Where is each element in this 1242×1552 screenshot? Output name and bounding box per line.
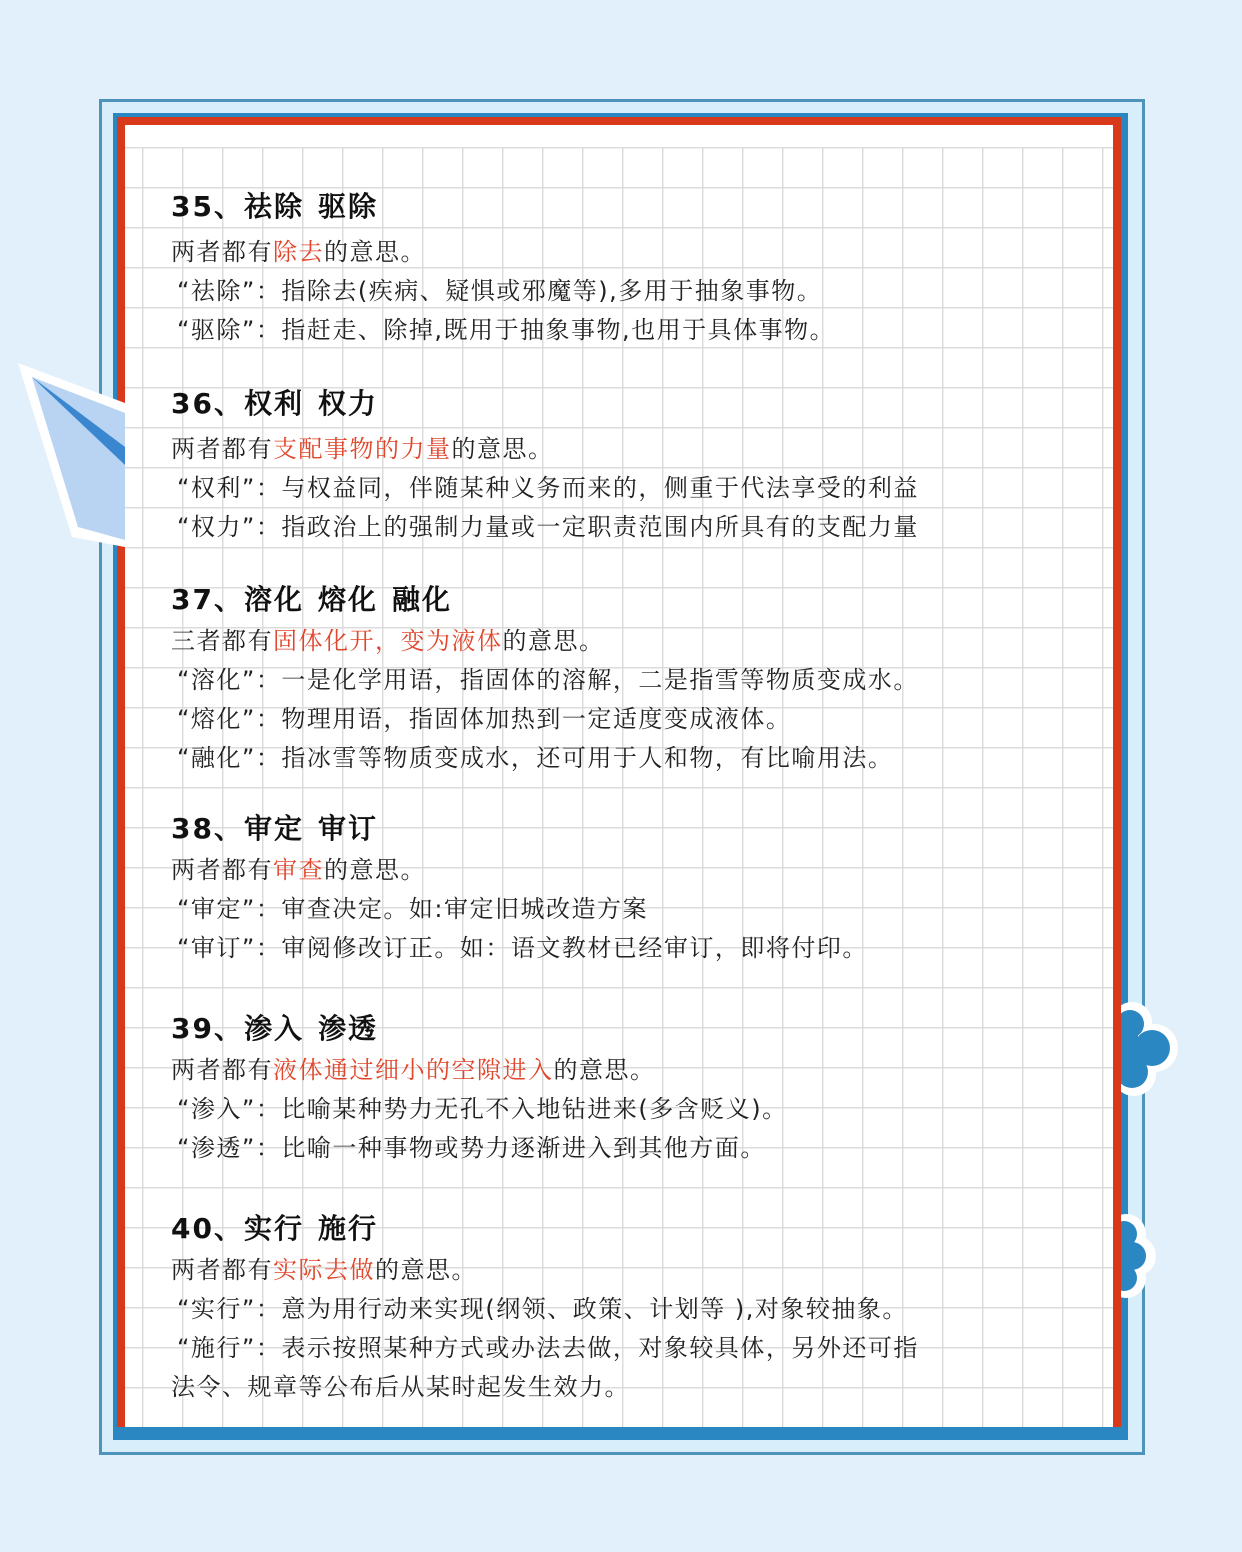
definition: “实行”：意为用行动来实现(纲领、政策、计划等 ),对象较抽象。 bbox=[171, 1290, 1091, 1329]
definition-text: 比喻一种事物或势力逐渐进入到其他方面。 bbox=[281, 1134, 766, 1162]
entry-number: 36、 bbox=[171, 387, 244, 420]
entry-40: 40、实行施行 两者都有实际去做的意思。 “实行”：意为用行动来实现(纲领、政策… bbox=[171, 1207, 1091, 1407]
definition: “渗入”：比喻某种势力无孔不入地钻进来(多含贬义)。 bbox=[171, 1090, 1091, 1129]
term: 权利 bbox=[244, 387, 304, 420]
entry-38: 38、审定审订 两者都有审查的意思。 “审定”：审查决定。如:审定旧城改造方案 … bbox=[171, 807, 1091, 968]
definition-term: “渗入”： bbox=[177, 1095, 281, 1123]
definition-term: “权力”： bbox=[177, 513, 281, 541]
entry-summary: 两者都有支配事物的力量的意思。 bbox=[171, 430, 1091, 469]
definition: “权利”：与权益同，伴随某种义务而来的，侧重于代法享受的利益 bbox=[171, 469, 1091, 508]
entry-summary: 两者都有审查的意思。 bbox=[171, 851, 1091, 890]
definition-term: “权利”： bbox=[177, 474, 281, 502]
definition-text: 表示按照某种方式或办法去做，对象较具体，另外还可指 bbox=[281, 1334, 919, 1362]
entry-number: 40、 bbox=[171, 1212, 244, 1245]
definition-text: 与权益同，伴随某种义务而来的，侧重于代法享受的利益 bbox=[281, 474, 919, 502]
cloud-icon bbox=[1118, 1000, 1180, 1100]
term: 驱除 bbox=[318, 190, 378, 223]
term: 权力 bbox=[318, 387, 378, 420]
definition-term: “审定”： bbox=[177, 895, 281, 923]
entry-number: 39、 bbox=[171, 1012, 244, 1045]
entry-heading: 39、渗入渗透 bbox=[171, 1007, 1091, 1051]
term: 施行 bbox=[318, 1212, 378, 1245]
entry-summary: 三者都有固体化开，变为液体的意思。 bbox=[171, 622, 1091, 661]
entry-number: 38、 bbox=[171, 812, 244, 845]
definition-text: 一是化学用语，指固体的溶解，二是指雪等物质变成水。 bbox=[281, 666, 919, 694]
entry-number: 37、 bbox=[171, 583, 244, 616]
term: 熔化 bbox=[318, 583, 378, 616]
red-frame-right-edge bbox=[1113, 117, 1121, 1427]
term: 祛除 bbox=[244, 190, 304, 223]
definition-term: “施行”： bbox=[177, 1334, 281, 1362]
definition-term: “实行”： bbox=[177, 1295, 281, 1323]
entry-36: 36、权利权力 两者都有支配事物的力量的意思。 “权利”：与权益同，伴随某种义务… bbox=[171, 382, 1091, 547]
definition: “审定”：审查决定。如:审定旧城改造方案 bbox=[171, 890, 1091, 929]
definition: “驱除”：指赶走、除掉,既用于抽象事物,也用于具体事物。 bbox=[171, 311, 1091, 350]
definition: “渗透”：比喻一种事物或势力逐渐进入到其他方面。 bbox=[171, 1129, 1091, 1168]
definition-continuation: 法令、规章等公布后从某时起发生效力。 bbox=[171, 1368, 1091, 1407]
entry-number: 35、 bbox=[171, 190, 244, 223]
highlight-text: 液体通过细小的空隙进入 bbox=[273, 1056, 554, 1084]
definition-text: 比喻某种势力无孔不入地钻进来(多含贬义)。 bbox=[281, 1095, 787, 1123]
definition: “施行”：表示按照某种方式或办法去做，对象较具体，另外还可指 bbox=[171, 1329, 1091, 1368]
highlight-text: 固体化开，变为液体 bbox=[273, 627, 503, 655]
entry-summary: 两者都有除去的意思。 bbox=[171, 233, 1091, 272]
definition-text: 指冰雪等物质变成水，还可用于人和物，有比喻用法。 bbox=[281, 744, 893, 772]
definition-text: 审阅修改订正。如：语文教材已经审订，即将付印。 bbox=[281, 934, 868, 962]
definition-term: “祛除”： bbox=[177, 277, 281, 305]
definition-text: 指除去(疾病、疑惧或邪魔等),多用于抽象事物。 bbox=[281, 277, 822, 305]
definition: “祛除”：指除去(疾病、疑惧或邪魔等),多用于抽象事物。 bbox=[171, 272, 1091, 311]
entry-39: 39、渗入渗透 两者都有液体通过细小的空隙进入的意思。 “渗入”：比喻某种势力无… bbox=[171, 1007, 1091, 1168]
definition-text: 指政治上的强制力量或一定职责范围内所具有的支配力量 bbox=[281, 513, 919, 541]
term: 渗入 bbox=[244, 1012, 304, 1045]
definition-term: “熔化”： bbox=[177, 705, 281, 733]
definition: “审订”：审阅修改订正。如：语文教材已经审订，即将付印。 bbox=[171, 929, 1091, 968]
entry-summary: 两者都有液体通过细小的空隙进入的意思。 bbox=[171, 1051, 1091, 1090]
grid-paper: 35、祛除驱除 两者都有除去的意思。 “祛除”：指除去(疾病、疑惧或邪魔等),多… bbox=[125, 125, 1113, 1427]
highlight-text: 实际去做 bbox=[273, 1256, 375, 1284]
entry-37: 37、溶化熔化融化 三者都有固体化开，变为液体的意思。 “溶化”：一是化学用语，… bbox=[171, 578, 1091, 778]
entry-summary: 两者都有实际去做的意思。 bbox=[171, 1251, 1091, 1290]
definition-text: 指赶走、除掉,既用于抽象事物,也用于具体事物。 bbox=[281, 316, 835, 344]
entry-heading: 38、审定审订 bbox=[171, 807, 1091, 851]
highlight-text: 审查 bbox=[273, 856, 324, 884]
definition: “溶化”：一是化学用语，指固体的溶解，二是指雪等物质变成水。 bbox=[171, 661, 1091, 700]
definition-term: “溶化”： bbox=[177, 666, 281, 694]
term: 实行 bbox=[244, 1212, 304, 1245]
definition-text: 意为用行动来实现(纲领、政策、计划等 ),对象较抽象。 bbox=[281, 1295, 907, 1323]
definition-term: “审订”： bbox=[177, 934, 281, 962]
term: 溶化 bbox=[244, 583, 304, 616]
entry-35: 35、祛除驱除 两者都有除去的意思。 “祛除”：指除去(疾病、疑惧或邪魔等),多… bbox=[171, 185, 1091, 350]
highlight-text: 除去 bbox=[273, 238, 324, 266]
term: 渗透 bbox=[318, 1012, 378, 1045]
term: 审定 bbox=[244, 812, 304, 845]
term: 融化 bbox=[392, 583, 452, 616]
definition-text: 物理用语，指固体加热到一定适度变成液体。 bbox=[281, 705, 791, 733]
entry-heading: 36、权利权力 bbox=[171, 382, 1091, 426]
definition: “融化”：指冰雪等物质变成水，还可用于人和物，有比喻用法。 bbox=[171, 739, 1091, 778]
definition-term: “驱除”： bbox=[177, 316, 281, 344]
definition-text: 审查决定。如:审定旧城改造方案 bbox=[281, 895, 648, 923]
paper-plane-icon bbox=[10, 355, 130, 555]
cloud-icon bbox=[1118, 1212, 1158, 1300]
entry-heading: 40、实行施行 bbox=[171, 1207, 1091, 1251]
definition-term: “渗透”： bbox=[177, 1134, 281, 1162]
definition: “权力”：指政治上的强制力量或一定职责范围内所具有的支配力量 bbox=[171, 508, 1091, 547]
definition: “熔化”：物理用语，指固体加热到一定适度变成液体。 bbox=[171, 700, 1091, 739]
definition-term: “融化”： bbox=[177, 744, 281, 772]
term: 审订 bbox=[318, 812, 378, 845]
entry-heading: 37、溶化熔化融化 bbox=[171, 578, 1091, 622]
highlight-text: 支配事物的力量 bbox=[273, 435, 452, 463]
entry-heading: 35、祛除驱除 bbox=[171, 185, 1091, 229]
